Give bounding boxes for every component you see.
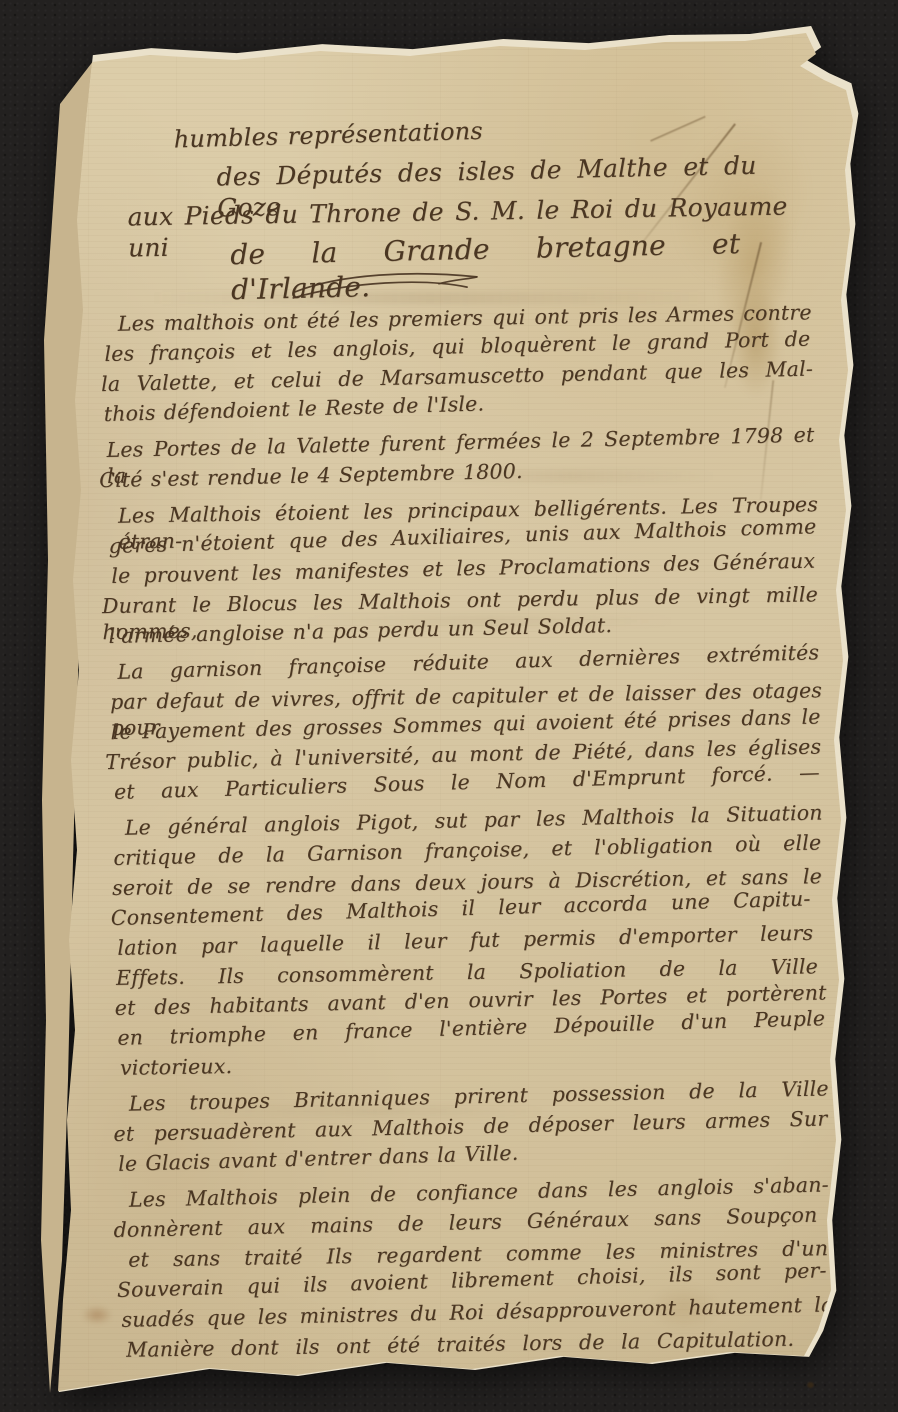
pen-flourish-icon <box>291 268 482 300</box>
photo-background: humbles représentations des Députés des … <box>0 0 898 1412</box>
manuscript-text: humbles représentations des Députés des … <box>0 0 898 1412</box>
manuscript-line: le Glacis avant d'entrer dans la Ville. <box>118 1141 519 1178</box>
manuscript-line: thois défendoient le Reste de l'Isle. <box>103 391 484 427</box>
paper-sheet: humbles représentations des Députés des … <box>0 0 898 1412</box>
manuscript-line: victorieux. <box>120 1054 233 1081</box>
heading-line: humbles représentations <box>173 116 483 155</box>
paper-stack: humbles représentations des Députés des … <box>0 0 898 1412</box>
